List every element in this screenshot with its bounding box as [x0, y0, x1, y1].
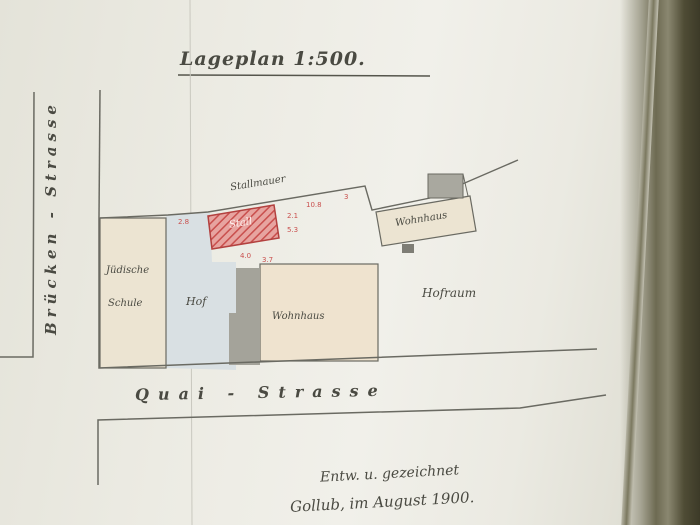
- label-schule: Schule: [108, 298, 142, 309]
- street-edge-left: [0, 92, 34, 357]
- site-plan-drawing: 2.82.15.3 3.74.010.8 3: [0, 0, 700, 525]
- juedische-schule: [100, 218, 166, 368]
- shed-right: [428, 174, 463, 198]
- street-label-brueckenstrasse: Brücken - Strasse: [42, 100, 60, 335]
- svg-text:10.8: 10.8: [306, 201, 322, 209]
- svg-text:4.0: 4.0: [240, 252, 251, 260]
- label-hof: Hof: [186, 295, 206, 308]
- plan-title: Lageplan 1:500.: [180, 48, 366, 70]
- site-plan-photo: 2.82.15.3 3.74.010.8 3 Lageplan 1:500. B…: [0, 0, 700, 525]
- title-underline: [178, 75, 430, 76]
- svg-text:2.1: 2.1: [287, 212, 298, 220]
- label-juedische: Jüdische: [106, 265, 149, 276]
- svg-text:3.7: 3.7: [262, 256, 273, 264]
- svg-text:5.3: 5.3: [287, 226, 298, 234]
- label-hofraum: Hofraum: [422, 286, 476, 300]
- small-annex: [402, 244, 414, 253]
- svg-text:2.8: 2.8: [178, 218, 189, 226]
- shed-upper: [236, 268, 260, 314]
- svg-text:3: 3: [344, 193, 348, 201]
- shed-lower: [229, 313, 260, 365]
- label-wohnhaus-center: Wohnhaus: [272, 311, 324, 322]
